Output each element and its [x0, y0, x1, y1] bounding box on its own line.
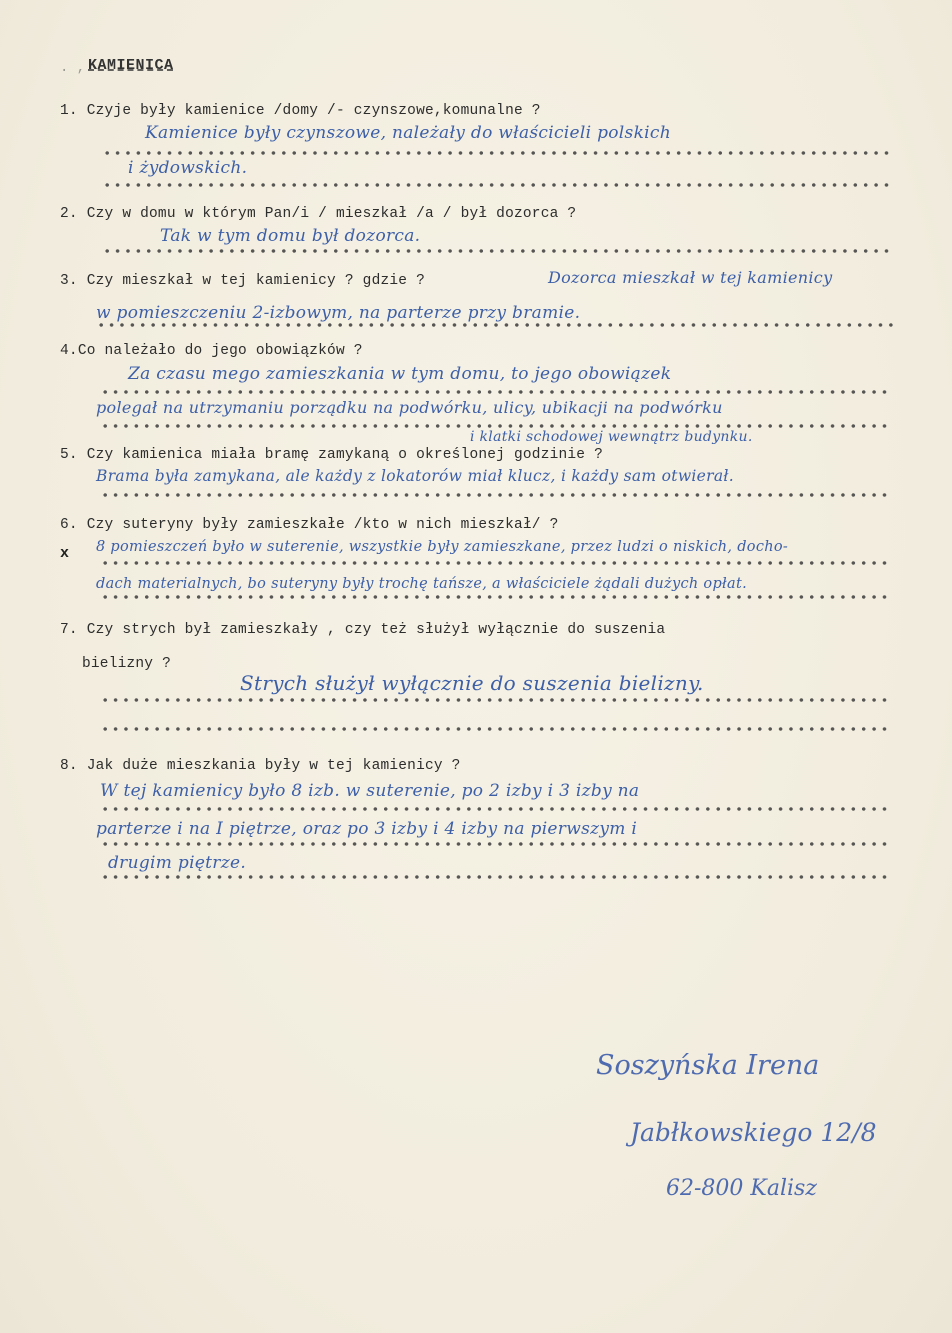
answer-1-line-1: Kamienice były czynszowe, należały do wł…	[145, 123, 671, 143]
answer-8-line-2: parterze i na I piętrze, oraz po 3 izby …	[96, 819, 637, 839]
dotted-line	[100, 594, 890, 600]
dotted-line	[100, 874, 890, 880]
dotted-line	[102, 150, 890, 156]
question-number: 3.	[60, 273, 78, 289]
dotted-line	[100, 726, 890, 732]
question-number: 6.	[60, 517, 78, 533]
question-text: Czy strych był zamieszkały , czy też słu…	[87, 622, 666, 638]
answer-3-line-1: w pomieszczeniu 2-izbowym, na parterze p…	[96, 303, 580, 323]
dotted-line	[102, 248, 892, 254]
question-text: Czy w domu w którym Pan/i / mieszkał /a …	[87, 206, 577, 222]
dotted-line	[100, 841, 890, 847]
dotted-line	[100, 389, 890, 395]
answer-8-line-1: W tej kamienicy było 8 izb. w suterenie,…	[100, 781, 639, 801]
dotted-line	[96, 322, 896, 328]
document-page: . , KAMIENICA 1. Czyje były kamienice /d…	[0, 0, 952, 1333]
answer-6-line-1: 8 pomieszczeń było w suterenie, wszystki…	[96, 539, 788, 555]
dotted-line	[102, 182, 890, 188]
question-text: Czy mieszkał w tej kamienicy ? gdzie ?	[87, 273, 425, 289]
dotted-line	[100, 806, 890, 812]
question-text: Czy kamienica miała bramę zamykaną o okr…	[87, 447, 603, 463]
answer-5-line-1: Brama była zamykana, ale każdy z lokator…	[96, 467, 734, 485]
question-number: 7.	[60, 622, 78, 638]
question-7: 7. Czy strych był zamieszkały , czy też …	[60, 622, 665, 638]
answer-3-inline: Dozorca mieszkał w tej kamienicy	[548, 268, 832, 287]
answer-6-line-2: dach materialnych, bo suteryny były troc…	[96, 576, 747, 592]
answer-4-line-2: polegał na utrzymaniu porządku na podwór…	[96, 398, 723, 417]
question-8: 8. Jak duże mieszkania były w tej kamien…	[60, 758, 461, 774]
question-number: 2.	[60, 206, 78, 222]
question-text: Co należało do jego obowiązków ?	[78, 343, 363, 359]
answer-2-line-1: Tak w tym domu był dozorca.	[160, 226, 420, 246]
signature-street: Jabłkowskiego 12/8	[630, 1118, 877, 1147]
document-title: KAMIENICA	[88, 57, 174, 74]
question-1: 1. Czyje były kamienice /domy /- czynszo…	[60, 103, 541, 119]
dotted-line	[100, 492, 890, 498]
answer-1-line-2: i żydowskich.	[128, 158, 247, 178]
question-number: 5.	[60, 447, 78, 463]
question-number: 1.	[60, 103, 78, 119]
question-4: 4.Co należało do jego obowiązków ?	[60, 343, 363, 359]
question-6: 6. Czy suteryny były zamieszkałe /kto w …	[60, 517, 559, 533]
margin-x-mark: x	[60, 545, 69, 562]
question-text: Jak duże mieszkania były w tej kamienicy…	[87, 758, 461, 774]
question-number: 4.	[60, 343, 78, 359]
question-text: Czy suteryny były zamieszkałe /kto w nic…	[87, 517, 559, 533]
question-number: 8.	[60, 758, 78, 774]
signature-city: 62-800 Kalisz	[666, 1176, 817, 1201]
answer-4-line-3: i klatki schodowej wewnątrz budynku.	[470, 429, 753, 445]
question-text: Czyje były kamienice /domy /- czynszowe,…	[87, 103, 541, 119]
dotted-line	[100, 697, 890, 703]
question-7-continuation: bielizny ?	[82, 656, 171, 672]
answer-7-line-1: Strych służył wyłącznie do suszenia biel…	[240, 671, 704, 695]
answer-4-line-1: Za czasu mego zamieszkania w tym domu, t…	[128, 364, 671, 384]
question-3: 3. Czy mieszkał w tej kamienicy ? gdzie …	[60, 273, 425, 289]
question-2: 2. Czy w domu w którym Pan/i / mieszkał …	[60, 206, 576, 222]
answer-8-line-3: drugim piętrze.	[108, 853, 246, 873]
question-5: 5. Czy kamienica miała bramę zamykaną o …	[60, 447, 603, 463]
dotted-line	[100, 560, 890, 566]
margin-mark: . ,	[60, 60, 85, 76]
signature-name: Soszyńska Irena	[596, 1050, 819, 1081]
